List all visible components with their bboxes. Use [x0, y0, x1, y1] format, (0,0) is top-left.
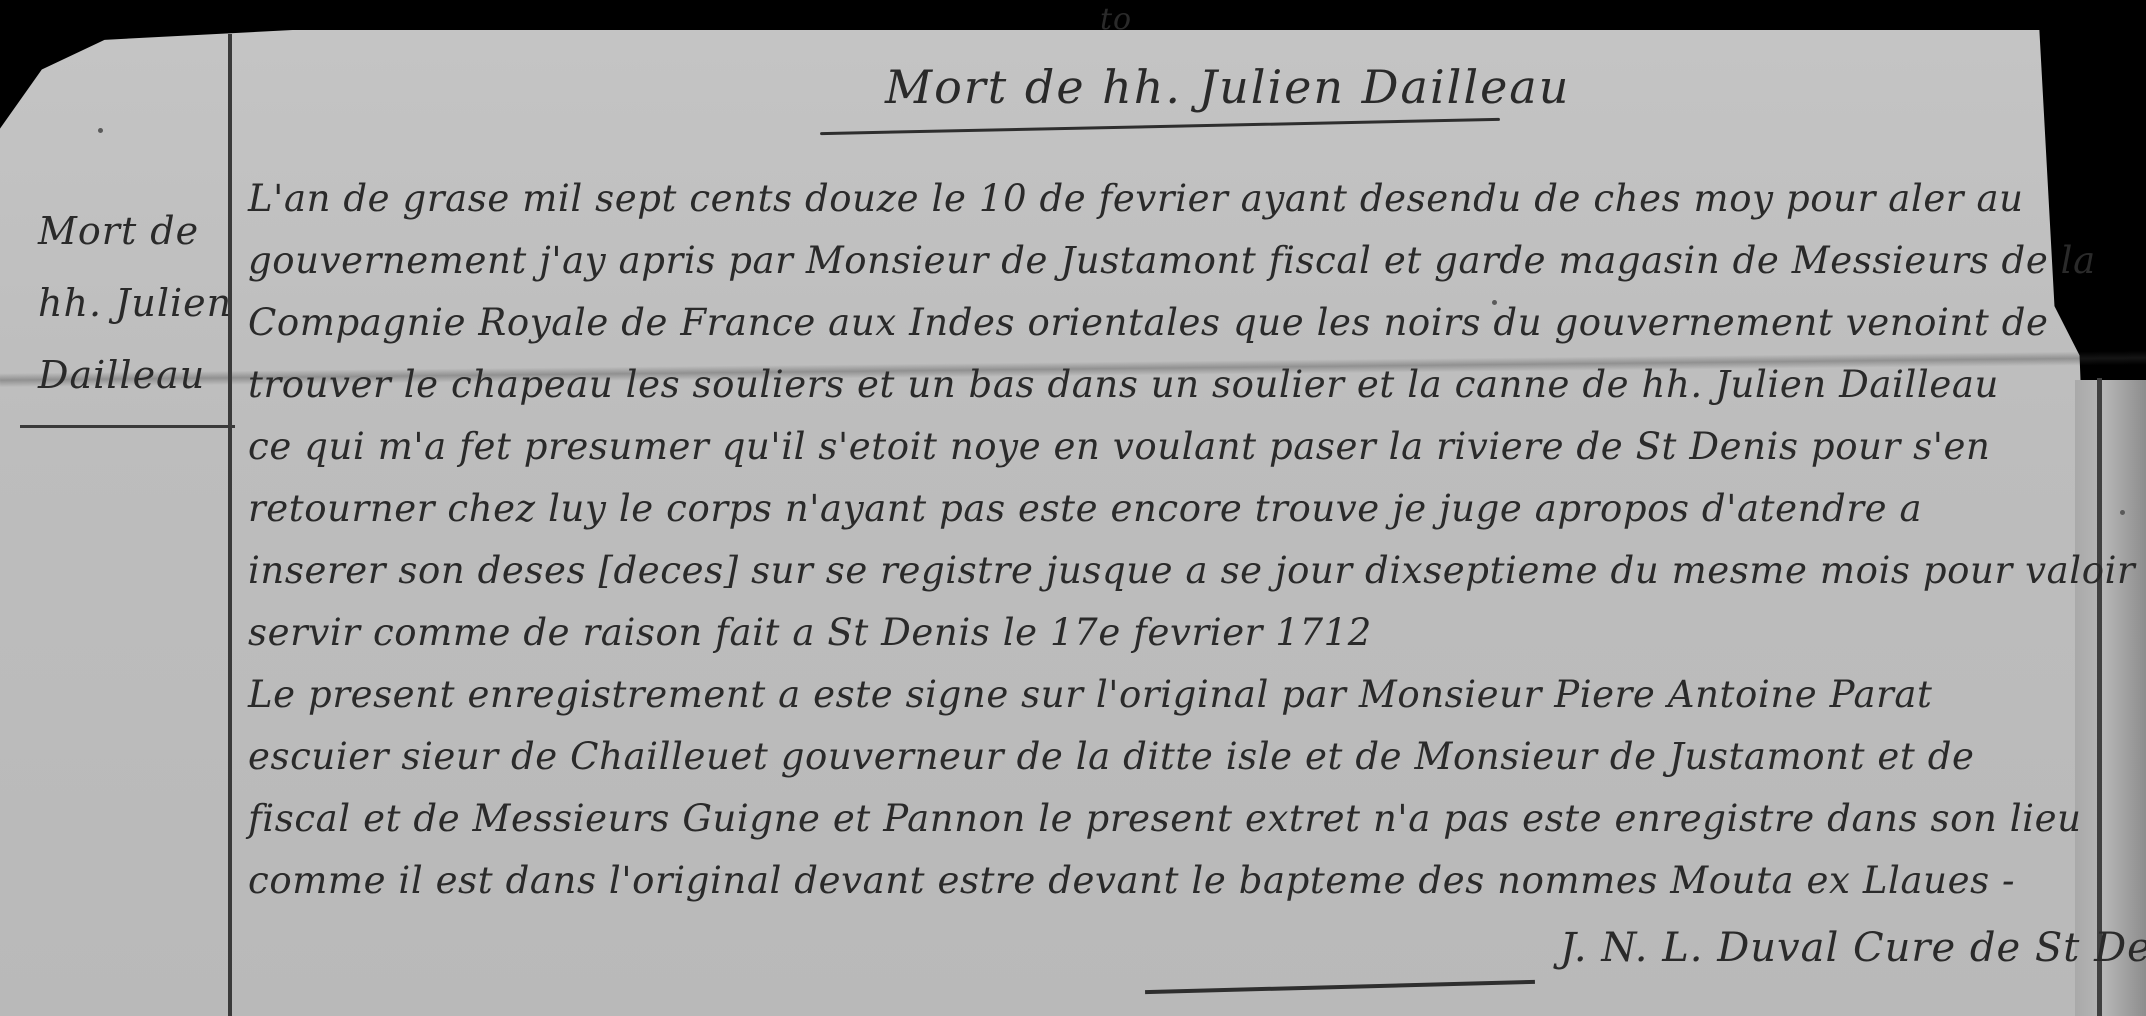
body-line: Compagnie Royale de France aux Indes ori… — [248, 292, 2088, 354]
body-line: inserer son deses [deces] sur se registr… — [248, 540, 2088, 602]
body-line: gouvernement j'ay apris par Monsieur de … — [248, 230, 2088, 292]
body-line: trouver le chapeau les souliers et un ba… — [248, 354, 2088, 416]
body-line: fiscal et de Messieurs Guigne et Pannon … — [248, 788, 2088, 850]
priest-signature: J. N. L. Duval Cure de St Denis — [1560, 925, 2146, 971]
right-margin-rule-line — [2097, 378, 2102, 1016]
entry-body: L'an de grase mil sept cents douze le 10… — [248, 168, 2088, 912]
paper-speck — [98, 128, 103, 133]
body-line: retourner chez luy le corps n'ayant pas … — [248, 478, 2088, 540]
body-line: ce qui m'a fet presumer qu'il s'etoit no… — [248, 416, 2088, 478]
body-line: L'an de grase mil sept cents douze le 10… — [248, 168, 2088, 230]
entry-title: Mort de hh. Julien Dailleau — [885, 60, 1570, 114]
folio-mark: to — [1100, 2, 1132, 37]
body-line: servir comme de raison fait a St Denis l… — [248, 602, 2088, 664]
margin-note-line: hh. Julien — [38, 267, 232, 339]
body-line: Le present enregistrement a este signe s… — [248, 664, 2088, 726]
margin-note-underline — [20, 425, 235, 428]
paper-speck — [1492, 300, 1497, 305]
manuscript-scan: to Mort de hh. Julien Dailleau Mort de h… — [0, 0, 2146, 1016]
margin-note-line: Dailleau — [38, 339, 232, 411]
body-line: escuier sieur de Chailleuet gouverneur d… — [248, 726, 2088, 788]
margin-rule-line — [228, 34, 232, 1016]
margin-note: Mort de hh. Julien Dailleau — [38, 195, 232, 411]
body-line: comme il est dans l'original devant estr… — [248, 850, 2088, 912]
margin-note-line: Mort de — [38, 195, 232, 267]
paper-speck — [2120, 510, 2125, 515]
